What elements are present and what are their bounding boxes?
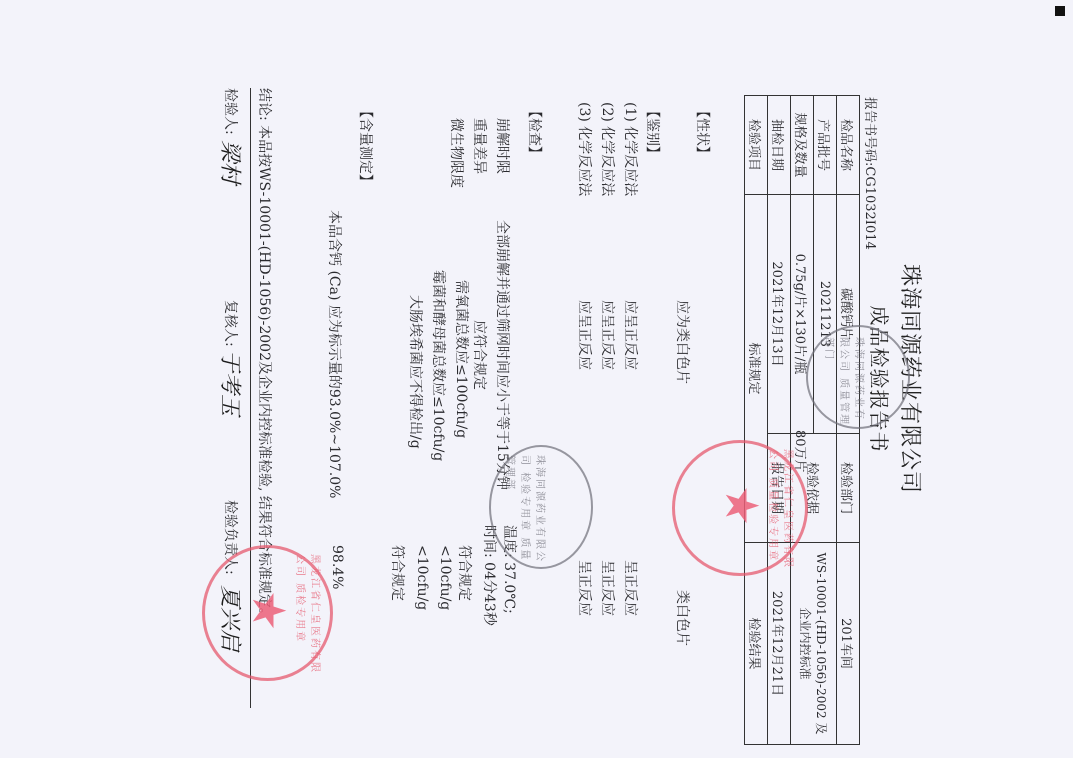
- section-assay-heading: 【含量测定】: [356, 104, 376, 188]
- red-stamp-text: 黑龙江省仁皇医药有限公司 质量检验专用章: [767, 449, 797, 573]
- identification-standard: 应呈正反应: [575, 300, 595, 370]
- reviewer-signature: 于考玉: [216, 350, 247, 416]
- red-stamp-text: 黑龙江省仁皇医药有限公司 质检专用章: [294, 554, 324, 678]
- inspection-standard: 应符合规定: [470, 320, 490, 390]
- star-icon: ★: [719, 485, 765, 526]
- identification-result: 呈正反应: [621, 560, 641, 616]
- conclusion: 结论: 本品按WS-10001-(HD-1056)-2002及企业内控标准检验,…: [255, 88, 275, 622]
- inspection-standard: 全部崩解并通过筛网时间应小于等于15分钟: [493, 220, 513, 490]
- report-page: 珠海同源药业有限公司 成品检验报告书 报告书号码:CG1032I014 检品名称…: [0, 0, 1073, 758]
- report-number: 报告书号码:CG1032I014: [862, 97, 881, 250]
- table-value: 2021年12月13日: [768, 195, 791, 434]
- qa-stamp: 珠海同源药业有限公司 质量管理部门: [806, 325, 910, 429]
- inspector-signature: 梁村: [216, 140, 247, 184]
- inspection-item-name: 崩解时限: [493, 118, 513, 174]
- column-header: 检验项目: [745, 96, 768, 195]
- report-number-value: CG1032I014: [862, 166, 877, 249]
- table-label: 抽检日期: [768, 96, 791, 195]
- assay-standard: 本品含钙 (Ca) 应为标示量的93.0%~107.0%: [325, 210, 345, 498]
- inspection-result: 符合规定: [388, 545, 408, 601]
- inspection-standard: 大肠埃希菌应不得检出/g: [406, 295, 426, 449]
- qa-stamp-text: 珠海同源药业有限公司 质量管理部门: [823, 337, 868, 427]
- character-standard: 应为类白色片: [673, 300, 693, 384]
- inspection-standard: 需氧菌总数应≤100cfu/g: [452, 280, 472, 438]
- red-stamp-upper: ★ 黑龙江省仁皇医药有限公司 质量检验专用章: [672, 440, 808, 576]
- section-character-heading: 【性状】: [693, 104, 713, 160]
- table-value: WS-10001-(HD-1056)-2002 及企业内控标准: [791, 543, 837, 745]
- table-row: 检验项目 标准规定 检验结果: [745, 96, 768, 745]
- table-label: 检品名称: [837, 96, 860, 195]
- identification-standard: 应呈正反应: [598, 300, 618, 370]
- inspection-standard: 霉菌和酵母菌总数应≤10cfu/g: [429, 270, 449, 461]
- qc-stamp: 珠海同源药业有限公司 检验专用章 质量管理部: [489, 445, 593, 569]
- identification-item-name: (2) 化学反应法: [598, 102, 618, 196]
- conclusion-label: 结论:: [256, 88, 272, 121]
- identification-result: 呈正反应: [598, 560, 618, 616]
- report-number-label: 报告书号码:: [862, 97, 877, 166]
- scan-viewport: 珠海同源药业有限公司 成品检验报告书 报告书号码:CG1032I014 检品名称…: [0, 0, 1073, 758]
- table-label: 产品批号: [814, 96, 837, 195]
- table-label: 规格及数量: [791, 96, 814, 195]
- inspection-result: <10cfu/g: [414, 545, 430, 610]
- table-value: 201车间: [837, 543, 860, 745]
- inspection-item-name: 微生物限度: [447, 118, 467, 188]
- scan-mark: [1055, 6, 1065, 16]
- inspection-result: <10cfu/g: [437, 545, 453, 610]
- table-label: 检验部门: [837, 434, 860, 543]
- red-stamp-lower: ★ 黑龙江省仁皇医药有限公司 质检专用章: [202, 545, 333, 681]
- qc-stamp-text: 珠海同源药业有限公司 检验专用章 质量管理部: [504, 455, 549, 567]
- star-icon: ★: [246, 590, 292, 631]
- inspection-item-name: 重量差异: [470, 118, 490, 174]
- section-inspection-heading: 【检查】: [525, 104, 545, 160]
- reviewer-label: 复核人:: [221, 300, 241, 347]
- assay-result: 98.4%: [329, 545, 345, 589]
- inspection-result: 符合规定: [455, 545, 475, 601]
- table-row: 抽检日期 2021年12月13日 报告日期 2021年12月21日: [768, 96, 791, 745]
- character-result: 类白色片: [673, 590, 693, 646]
- identification-item-name: (1) 化学反应法: [621, 102, 641, 196]
- identification-result: 呈正反应: [575, 560, 595, 616]
- identification-item-name: (3) 化学反应法: [575, 102, 595, 196]
- identification-standard: 应呈正反应: [621, 300, 641, 370]
- section-identification-heading: 【鉴别】: [643, 104, 663, 160]
- inspector-label: 检验人:: [221, 88, 241, 135]
